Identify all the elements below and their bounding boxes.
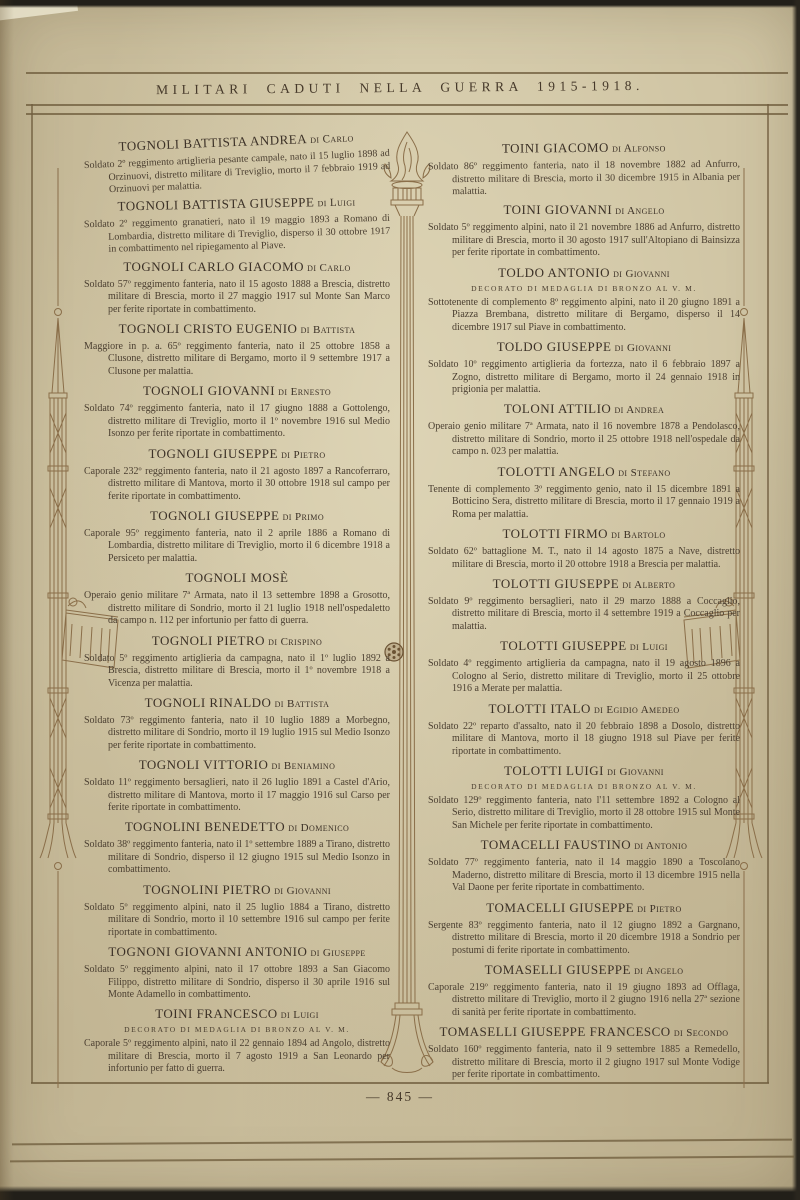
scan-edge-left (0, 0, 14, 1200)
entry-text: Soldato 74º reggimento fanteria, nato il… (84, 403, 390, 441)
memorial-entry: TOLOTTI LUIGI di GiovanniDECORATO DI MED… (428, 763, 740, 833)
scan-edge-right (792, 0, 800, 1200)
entry-decoration: DECORATO DI MEDAGLIA DI BRONZO AL V. M. (84, 1025, 390, 1034)
memorial-entry: TOGNOLI GIOVANNI di ErnestoSoldato 74º r… (84, 383, 390, 441)
memorial-entry: TOMASELLI GIUSEPPE di AngeloCaporale 219… (428, 962, 740, 1020)
entry-name: TOGNOLI GIOVANNI di Ernesto (84, 383, 390, 399)
entry-text: Soldato 11º reggimento bersaglieri, nato… (84, 777, 390, 815)
entry-text: Soldato 10º reggimento artiglieria da fo… (428, 359, 740, 397)
entry-text: Soldato 2º reggimento granatieri, nato i… (84, 213, 391, 257)
entry-text: Soldato 57º reggimento fanteria, nato il… (84, 279, 390, 317)
entry-text: Soldato 5º reggimento artiglieria da cam… (84, 653, 390, 691)
memorial-entry: TOMACELLI FAUSTINO di AntonioSoldato 77º… (428, 837, 740, 895)
frame-rule-under-title-1 (26, 104, 788, 106)
memorial-entry: TOGNOLI BATTISTA ANDREA di CarloSoldato … (83, 128, 391, 198)
entry-name: TOMACELLI FAUSTINO di Antonio (428, 837, 740, 853)
entry-name: TOLOTTI ITALO di Egidio Amedeo (428, 701, 740, 717)
memorial-entry: TOLOTTI GIUSEPPE di LuigiSoldato 4º regg… (428, 638, 740, 696)
frame-rule-above-folio (31, 1082, 769, 1084)
memorial-entry: TOGNOLINI PIETRO di GiovanniSoldato 5º r… (84, 882, 390, 940)
entry-text: Caporale 232º reggimento fanteria, nato … (84, 466, 390, 504)
scan-edge-bottom (0, 1186, 800, 1200)
entry-name: TOGNOLI GIUSEPPE di Primo (84, 508, 390, 524)
memorial-entry: TOINI GIACOMO di AlfonsoSoldato 86º regg… (428, 139, 740, 199)
entry-name: TOGNOLI MOSÈ (84, 570, 390, 586)
entry-text: Soldato 2º reggimento artiglieria pesant… (84, 148, 391, 198)
book-page: MILITARI CADUTI NELLA GUERRA 1915-1918. (0, 0, 800, 1200)
memorial-entry: TOGNOLI RINALDO di BattistaSoldato 73º r… (84, 695, 390, 753)
memorial-entry: TOGNONI GIOVANNI ANTONIO di GiuseppeSold… (84, 944, 390, 1002)
entry-name: TOGNOLI RINALDO di Battista (84, 695, 390, 711)
entry-name: TOLONI ATTILIO di Andrea (428, 401, 740, 417)
frame-rule-bottom-2 (10, 1156, 794, 1163)
entry-text: Soldato 5º reggimento alpini, nato il 25… (84, 902, 390, 940)
entry-text: Tenente di complemento 3º reggimento gen… (428, 484, 740, 522)
memorial-entry: TOGNOLI PIETRO di CrispinoSoldato 5º reg… (84, 633, 390, 691)
memorial-entry: TOLONI ATTILIO di AndreaOperaio genio mi… (428, 401, 740, 459)
entry-name: TOGNOLI BATTISTA GIUSEPPE di Luigi (83, 193, 389, 215)
scan-edge-top (0, 0, 800, 8)
entry-name: TOLOTTI GIUSEPPE di Alberto (428, 576, 740, 592)
page-number: — 845 — (0, 1089, 800, 1105)
entry-name: TOGNOLI CRISTO EUGENIO di Battista (84, 321, 390, 337)
memorial-entry: TOINI GIOVANNI di AngeloSoldato 5º reggi… (428, 202, 740, 260)
memorial-entry: TOINI FRANCESCO di LuigiDECORATO DI MEDA… (84, 1006, 390, 1076)
entry-text: Caporale 5º reggimento alpini, nato il 2… (84, 1038, 390, 1076)
memorial-entry: TOGNOLI MOSÈOperaio genio militare 7ª Ar… (84, 570, 390, 628)
entry-text: Soldato 5º reggimento alpini, nato il 17… (84, 964, 390, 1002)
frame-rule-under-title-2 (26, 113, 788, 115)
memorial-entry: TOGNOLINI BENEDETTO di DomenicoSoldato 3… (84, 819, 390, 877)
entry-text: Soldato 38º reggimento fanteria, nato il… (84, 839, 390, 877)
entry-name: TOGNOLI CARLO GIACOMO di Carlo (84, 259, 390, 275)
entry-name: TOGNOLINI BENEDETTO di Domenico (84, 819, 390, 835)
memorial-entry: TOGNOLI CARLO GIACOMO di CarloSoldato 57… (84, 259, 390, 317)
entry-text: Soldato 77º reggimento fanteria, nato il… (428, 857, 740, 895)
entry-name: TOGNOLI VITTORIO di Beniamino (84, 757, 390, 773)
memorial-entry: TOLOTTI ITALO di Egidio AmedeoSoldato 22… (428, 701, 740, 759)
entry-text: Soldato 9º reggimento bersaglieri, nato … (428, 596, 740, 634)
entry-text: Soldato 129º reggimento fanteria, nato l… (428, 795, 740, 833)
entry-name: TOGNOLI GIUSEPPE di Pietro (84, 446, 390, 462)
entry-name: TOLDO GIUSEPPE di Giovanni (428, 339, 740, 355)
entry-name: TOLOTTI GIUSEPPE di Luigi (428, 638, 740, 654)
memorial-entry: TOGNOLI GIUSEPPE di PietroCaporale 232º … (84, 446, 390, 504)
entry-name: TOINI GIACOMO di Alfonso (428, 139, 740, 158)
entry-text: Operaio genio militare 7ª Armata, nato i… (428, 421, 740, 459)
entry-text: Soldato 62º battaglione M. T., nato il 1… (428, 546, 740, 571)
frame-rule-right (767, 104, 769, 1083)
entry-name: TOMASELLI GIUSEPPE di Angelo (428, 962, 740, 978)
memorial-entry: TOLDO ANTONIO di GiovanniDECORATO DI MED… (428, 265, 740, 335)
entry-name: TOINI FRANCESCO di Luigi (84, 1006, 390, 1022)
entry-name: TOLOTTI ANGELO di Stefano (428, 464, 740, 480)
memorial-entry: TOMASELLI GIUSEPPE FRANCESCO di SecondoS… (428, 1024, 740, 1082)
entry-text: Sottotenente di complemento 8º reggiment… (428, 297, 740, 335)
entry-text: Soldato 73º reggimento fanteria, nato il… (84, 715, 390, 753)
memorial-entry: TOGNOLI GIUSEPPE di PrimoCaporale 95º re… (84, 508, 390, 566)
entry-name: TOLOTTI LUIGI di Giovanni (428, 763, 740, 779)
memorial-entry: TOGNOLI VITTORIO di BeniaminoSoldato 11º… (84, 757, 390, 815)
frame-rule-left (31, 104, 33, 1083)
memorial-entry: TOGNOLI CRISTO EUGENIO di BattistaMaggio… (84, 321, 390, 379)
memorial-entry: TOGNOLI BATTISTA GIUSEPPE di LuigiSoldat… (83, 193, 390, 257)
memorial-entry: TOLOTTI GIUSEPPE di AlbertoSoldato 9º re… (428, 576, 740, 634)
memorial-column-right: TOINI GIACOMO di AlfonsoSoldato 86º regg… (428, 134, 740, 1082)
entry-decoration: DECORATO DI MEDAGLIA DI BRONZO AL V. M. (428, 284, 740, 293)
entry-text: Operaio genio militare 7ª Armata, nato i… (84, 590, 390, 628)
memorial-column-left: TOGNOLI BATTISTA ANDREA di CarloSoldato … (84, 134, 390, 1076)
entry-text: Caporale 95º reggimento fanteria, nato i… (84, 528, 390, 566)
entry-name: TOLOTTI FIRMO di Bartolo (428, 526, 740, 542)
frame-rule-bottom-1 (12, 1139, 792, 1146)
entry-name: TOINI GIOVANNI di Angelo (428, 202, 740, 218)
entry-text: Soldato 22º reparto d'assalto, nato il 2… (428, 721, 740, 759)
entry-text: Maggiore in p. a. 65º reggimento fanteri… (84, 341, 390, 379)
page-title: MILITARI CADUTI NELLA GUERRA 1915-1918. (0, 77, 800, 100)
entry-name: TOGNOLI PIETRO di Crispino (84, 633, 390, 649)
frame-rule-top (26, 72, 788, 74)
entry-name: TOMASELLI GIUSEPPE FRANCESCO di Secondo (428, 1024, 740, 1040)
entry-name: TOGNONI GIOVANNI ANTONIO di Giuseppe (84, 944, 390, 960)
memorial-entry: TOLDO GIUSEPPE di GiovanniSoldato 10º re… (428, 339, 740, 397)
entry-text: Soldato 4º reggimento artiglieria da cam… (428, 658, 740, 696)
entry-decoration: DECORATO DI MEDAGLIA DI BRONZO AL V. M. (428, 782, 740, 791)
memorial-entry: TOMACELLI GIUSEPPE di PietroSergente 83º… (428, 900, 740, 958)
memorial-entry: TOLOTTI ANGELO di StefanoTenente di comp… (428, 464, 740, 522)
entry-text: Sergente 83º reggimento fanteria, nato i… (428, 920, 740, 958)
entry-text: Caporale 219º reggimento fanteria, nato … (428, 982, 740, 1020)
entry-name: TOMACELLI GIUSEPPE di Pietro (428, 900, 740, 916)
entry-text: Soldato 5º reggimento alpini, nato il 21… (428, 222, 740, 260)
entry-name: TOGNOLINI PIETRO di Giovanni (84, 882, 390, 898)
entry-name: TOLDO ANTONIO di Giovanni (428, 265, 740, 281)
entry-text: Soldato 160º reggimento fanteria, nato i… (428, 1044, 740, 1082)
memorial-entry: TOLOTTI FIRMO di BartoloSoldato 62º batt… (428, 526, 740, 571)
entry-text: Soldato 86º reggimento fanteria, nato il… (428, 159, 740, 199)
